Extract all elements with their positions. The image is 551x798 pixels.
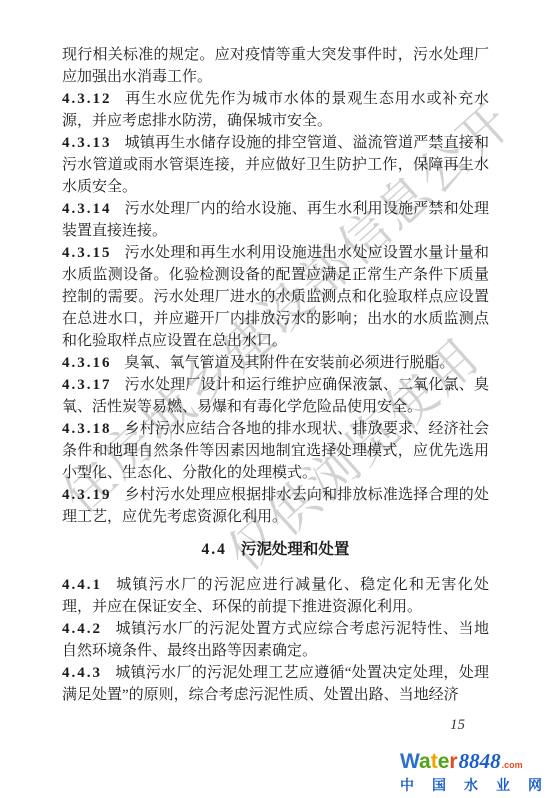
logo-tld: .com xyxy=(502,760,523,770)
clause: 4.3.16臭氧、氧气管道及其附件在安装前必须进行脱脂。 xyxy=(62,352,489,374)
clause-text: 污水处理和再生水利用设施进出水处应设置水量计量和水质监测设备。化验检测设备的配置… xyxy=(62,245,489,349)
clause-text: 再生水应优先作为城市水体的景观生态用水或补充水源，并应考虑排水防涝，确保城市安全… xyxy=(62,91,489,129)
document-page: 住房城乡建设部信息公开 仅供浏览使用 现行相关标准的规定。应对疫情等重大突发事件… xyxy=(0,0,551,798)
clause-number: 4.4.1 xyxy=(62,577,102,593)
clause-number: 4.3.19 xyxy=(62,487,112,503)
clause-number: 4.3.13 xyxy=(62,135,112,151)
logo-letter: t xyxy=(431,750,438,773)
logo-cn-name: 中国水业网 xyxy=(400,775,542,795)
logo-letter: W xyxy=(400,750,419,773)
logo-cn-char: 国 xyxy=(432,775,446,795)
clause-text: 污水处理厂内的给水设施、再生水利用设施严禁和处理装置直接连接。 xyxy=(62,201,489,239)
clause: 4.3.17污水处理厂设计和运行维护应确保液氯、二氧化氯、臭氧、活性炭等易燃、易… xyxy=(62,374,489,418)
logo-wordmark: Water8848.com xyxy=(400,749,548,774)
water8848-logo: Water8848.com 中国水业网 xyxy=(400,749,548,795)
clause-text: 城镇再生水储存设施的排空管道、溢流管道严禁直接和污水管道或雨水管渠连接，并应做好… xyxy=(62,135,489,195)
logo-letter: e xyxy=(438,750,450,773)
logo-word-water: Water xyxy=(400,750,458,774)
clause-text: 污水处理厂设计和运行维护应确保液氯、二氧化氯、臭氧、活性炭等易燃、易爆和有毒化学… xyxy=(62,377,489,415)
logo-letter: a xyxy=(419,750,431,773)
clause-text: 现行相关标准的规定。应对疫情等重大突发事件时，污水处理厂应加强出水消毒工作。 xyxy=(62,47,489,85)
logo-cn-char: 业 xyxy=(496,775,510,795)
clause-number: 4.3.17 xyxy=(62,377,112,393)
section-heading: 4.4污泥处理和处置 xyxy=(62,539,489,561)
clause: 4.3.13城镇再生水储存设施的排空管道、溢流管道严禁直接和污水管道或雨水管渠连… xyxy=(62,132,489,198)
clause-number: 4.4.2 xyxy=(62,621,102,637)
clause-text: 城镇污水厂的污泥处理工艺应遵循“处置决定处理，处理满足处置”的原则，综合考虑污泥… xyxy=(62,665,489,703)
clause: 4.3.19乡村污水处理应根据排水去向和排放标准选择合理的处理工艺，应优先考虑资… xyxy=(62,484,489,528)
clause: 4.3.15污水处理和再生水利用设施进出水处应设置水量计量和水质监测设备。化验检… xyxy=(62,242,489,352)
clause-number: 4.3.18 xyxy=(62,421,112,437)
clause-text: 乡村污水应结合各地的排水现状、排放要求、经济社会条件和地理自然条件等因素因地制宜… xyxy=(62,421,489,481)
clause-text: 城镇污水厂的污泥应进行减量化、稳定化和无害化处理，并应在保证安全、环保的前提下推… xyxy=(62,577,489,615)
clause-text: 乡村污水处理应根据排水去向和排放标准选择合理的处理工艺，应优先考虑资源化利用。 xyxy=(62,487,489,525)
clause-text: 城镇污水厂的污泥处置方式应综合考虑污泥特性、当地自然环境条件、最终出路等因素确定… xyxy=(62,621,489,659)
logo-cn-char: 水 xyxy=(464,775,478,795)
page-number: 15 xyxy=(450,717,465,734)
clause: 4.3.12再生水应优先作为城市水体的景观生态用水或补充水源，并应考虑排水防涝，… xyxy=(62,88,489,132)
logo-cn-char: 网 xyxy=(528,775,542,795)
logo-letter: r xyxy=(449,750,457,773)
clause-number: 4.3.15 xyxy=(62,245,112,261)
clause-number: 4.3.14 xyxy=(62,201,112,217)
clause: 4.3.14污水处理厂内的给水设施、再生水利用设施严禁和处理装置直接连接。 xyxy=(62,198,489,242)
clause-number: 4.3.16 xyxy=(62,355,112,371)
section-heading-number: 4.4 xyxy=(202,541,227,558)
clause-number: 4.4.3 xyxy=(62,665,102,681)
clause: 4.3.18乡村污水应结合各地的排水现状、排放要求、经济社会条件和地理自然条件等… xyxy=(62,418,489,484)
logo-cn-char: 中 xyxy=(400,775,414,795)
section-heading-title: 污泥处理和处置 xyxy=(241,541,350,558)
clause: 4.4.1城镇污水厂的污泥应进行减量化、稳定化和无害化处理，并应在保证安全、环保… xyxy=(62,574,489,618)
logo-number: 8848 xyxy=(459,749,501,774)
clause-text: 臭氧、氧气管道及其附件在安装前必须进行脱脂。 xyxy=(125,355,455,371)
clause: 4.4.3城镇污水厂的污泥处理工艺应遵循“处置决定处理，处理满足处置”的原则，综… xyxy=(62,662,489,706)
clause: 4.4.2城镇污水厂的污泥处置方式应综合考虑污泥特性、当地自然环境条件、最终出路… xyxy=(62,618,489,662)
clause-number: 4.3.12 xyxy=(62,91,112,107)
document-content: 现行相关标准的规定。应对疫情等重大突发事件时，污水处理厂应加强出水消毒工作。4.… xyxy=(62,44,489,706)
clause: 现行相关标准的规定。应对疫情等重大突发事件时，污水处理厂应加强出水消毒工作。 xyxy=(62,44,489,88)
